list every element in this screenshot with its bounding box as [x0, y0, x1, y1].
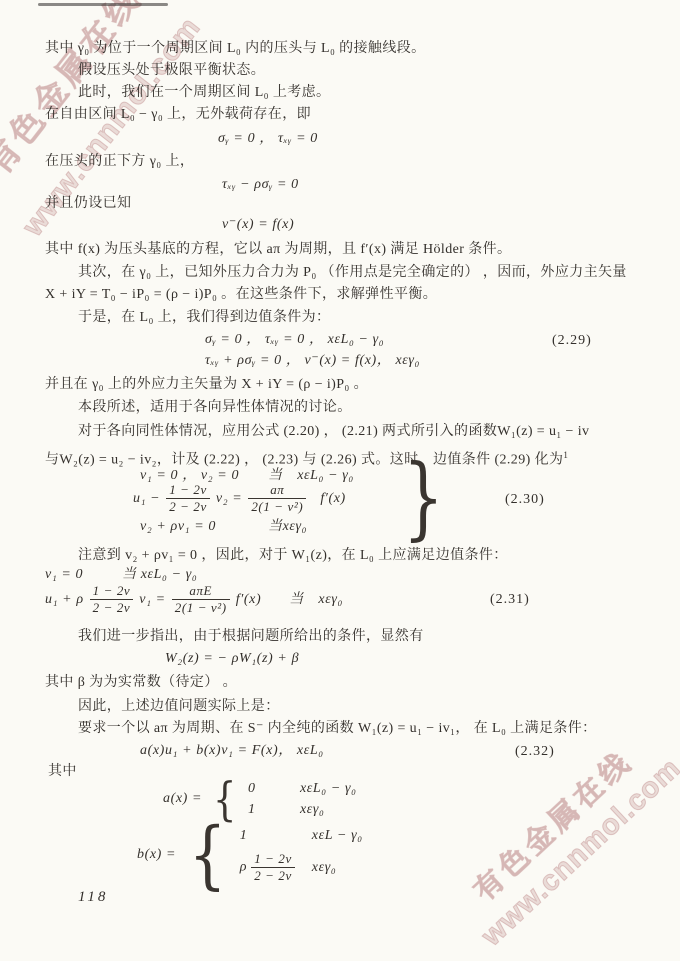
eq-232-body: a(x)u₁ + b(x)v₁ = F(x)， xεL₀ — [140, 742, 324, 760]
paragraph-line: 并且在 γ₀ 上的外应力主矢量为 X + iY = (ρ − i)P₀ 。 — [45, 376, 368, 394]
paragraph-line: 我们进一步指出，由于根据问题所给出的条件，显然有 — [78, 628, 424, 646]
paragraph-line: 其中 — [48, 763, 77, 781]
eq-230-row3: v₂ + ρv₁ = 0 — [140, 518, 216, 536]
paragraph-line: 在压头的正下方 γ₀ 上， — [45, 153, 194, 171]
paragraph-line: 假设压头处于极限平衡状态。 — [78, 62, 265, 80]
b-def-row2-value: ρ 1 − 2ν 2 − 2ν — [240, 852, 312, 883]
b-def-row2-condition: xεγ₀ — [312, 859, 337, 877]
paragraph-line: 因此，上述边值问题实际上是： — [78, 698, 280, 716]
scan-artifact — [38, 3, 168, 6]
fraction-denominator: 2 − 2ν — [251, 868, 295, 883]
eq-231-row1: v₁ = 0 — [45, 566, 83, 584]
b-def-label: b(x) = — [137, 846, 176, 864]
paragraph-line: 其次，在 γ₀ 上，已知外压力合力为 P₀ （作用点是完全确定的） ，因而，外应… — [78, 264, 627, 282]
right-brace: } — [403, 456, 444, 540]
b-of-x-definition: b(x) = { 1 xεL − γ₀ ρ 1 − 2ν 2 − 2ν xεγ₀ — [137, 818, 363, 892]
eq-231-row2-lhs: u₁ + ρ — [45, 591, 84, 609]
paragraph-line: 其中 f(x) 为压头基底的方程，它以 aπ 为周期，且 f′(x) 满足 Hö… — [45, 241, 511, 259]
fraction: 1 − 2ν 2 − 2ν — [90, 584, 134, 615]
fraction: aπ 2(1 − ν²) — [248, 483, 306, 514]
fraction-numerator: 1 − 2ν — [166, 483, 210, 499]
fraction-denominator: 2(1 − ν²) — [248, 499, 306, 514]
a-def-row2-condition: xεγ₀ — [300, 801, 325, 819]
eq-230-number: (2.30) — [505, 491, 545, 509]
fraction: 1 − 2ν 2 − 2ν — [251, 852, 295, 883]
watermark-site-url-bottom: www.cnnmol.com — [476, 752, 680, 953]
b-def-row1-value: 1 — [240, 827, 312, 845]
eq-231-condition: 当 xεγ₀ — [289, 591, 343, 609]
fraction-numerator: aπ — [248, 483, 306, 499]
eq-231-row2: u₁ + ρ 1 − 2ν 2 − 2ν v₁ = aπE 2(1 − ν²) … — [45, 584, 343, 615]
scanned-book-page: 有色金属在线 www.cnnmol.com 有色金属在线 www.cnnmol.… — [0, 0, 680, 961]
fraction-numerator: aπE — [172, 584, 230, 600]
fraction-numerator: 1 − 2ν — [251, 852, 295, 868]
eq-230-row2: u₁ − 1 − 2ν 2 − 2ν v₂ = aπ 2(1 − ν²) f′(… — [133, 483, 346, 514]
eq-232-number: (2.32) — [515, 743, 555, 761]
page-number: 118 — [78, 888, 108, 906]
paragraph-line: 与W₂(z) = u₂ − iv₂，计及 (2.22) ， (2.23) 与 (… — [45, 453, 563, 468]
paragraph-line: 对于各向同性体情况，应用公式 (2.20) ， (2.21) 两式所引入的函数W… — [78, 423, 589, 441]
fraction-denominator: 2 − 2ν — [166, 499, 210, 514]
formula-w2-relation: W₂(z) = − ρW₁(z) + β — [165, 650, 299, 668]
paragraph-line: 于是，在 L₀ 上，我们得到边值条件为： — [78, 309, 330, 327]
paragraph-line: 本段所述，适用于各向异性体情况的讨论。 — [78, 399, 352, 417]
fraction: 1 − 2ν 2 − 2ν — [166, 483, 210, 514]
eq-230-row2-mid: v₂ = — [216, 490, 242, 508]
eq-230-row2-rhs: f′(x) — [320, 490, 346, 508]
eq-231-row2-mid: v₁ = — [139, 591, 165, 609]
paragraph-line: 此时，我们在一个周期区间 L₀ 上考虑。 — [78, 84, 330, 102]
paragraph-line: 在自由区间 L₀ − γ₀ 上，无外载荷存在，即 — [45, 106, 311, 124]
a-def-row2-value: 1 — [248, 801, 300, 819]
paragraph-line: 注意到 v₂ + ρv₁ = 0 ，因此，对于 W₁(z)，在 L₀ 上应满足边… — [78, 547, 508, 565]
footnote-mark: 1 — [563, 450, 568, 460]
paragraph-line: 其中 γ₀ 为位于一个周期区间 L₀ 内的压头与 L₀ 的接触线段。 — [45, 40, 426, 58]
paragraph-line: 其中 β 为为实常数（待定） 。 — [45, 674, 237, 692]
eq-230-row3-condition: 当xεγ₀ — [268, 518, 307, 536]
paragraph-line: 并且仍设已知 — [45, 195, 131, 213]
a-def-row1-value: 0 — [248, 780, 300, 798]
b-def-row1-condition: xεL − γ₀ — [312, 827, 363, 845]
eq-229-row1: σᵧ = 0 ， τₓᵧ = 0 ， xεL₀ − γ₀ — [205, 331, 384, 349]
rho-coefficient: ρ — [240, 860, 247, 875]
a-def-label: a(x) = — [163, 790, 202, 808]
eq-230-row2-lhs: u₁ − — [133, 490, 160, 508]
fraction: aπE 2(1 − ν²) — [172, 584, 230, 615]
a-def-row1-condition: xεL₀ − γ₀ — [300, 780, 357, 798]
fraction-numerator: 1 − 2ν — [90, 584, 134, 600]
paragraph-line: X + iY = T₀ − iP₀ = (ρ − i)P₀ 。在这些条件下，求解… — [45, 286, 437, 304]
eq-229-row2: τₓᵧ + ρσᵧ = 0 ， v⁻(x) = f(x)， xεγ₀ — [205, 352, 420, 370]
eq-229-number: (2.29) — [552, 332, 592, 350]
formula-under-punch: τₓᵧ − ρσᵧ = 0 — [222, 176, 299, 194]
watermark-site-name-bottom: 有色金属在线 — [463, 740, 640, 909]
formula-free-boundary: σᵧ = 0 ， τₓᵧ = 0 — [218, 130, 318, 148]
eq-231-row1-condition: 当 xεL₀ − γ₀ — [122, 566, 197, 584]
left-brace: { — [189, 818, 227, 892]
fraction-denominator: 2 − 2ν — [90, 600, 134, 615]
paragraph-line: 要求一个以 aπ 为周期、在 S⁻ 内全纯的函数 W₁(z) = u₁ − iv… — [78, 720, 597, 738]
eq-231-number: (2.31) — [490, 591, 530, 609]
formula-v-condition: v⁻(x) = f(x) — [222, 216, 294, 234]
eq-231-row2-rhs: f′(x) — [236, 591, 262, 609]
fraction-denominator: 2(1 − ν²) — [172, 600, 230, 615]
